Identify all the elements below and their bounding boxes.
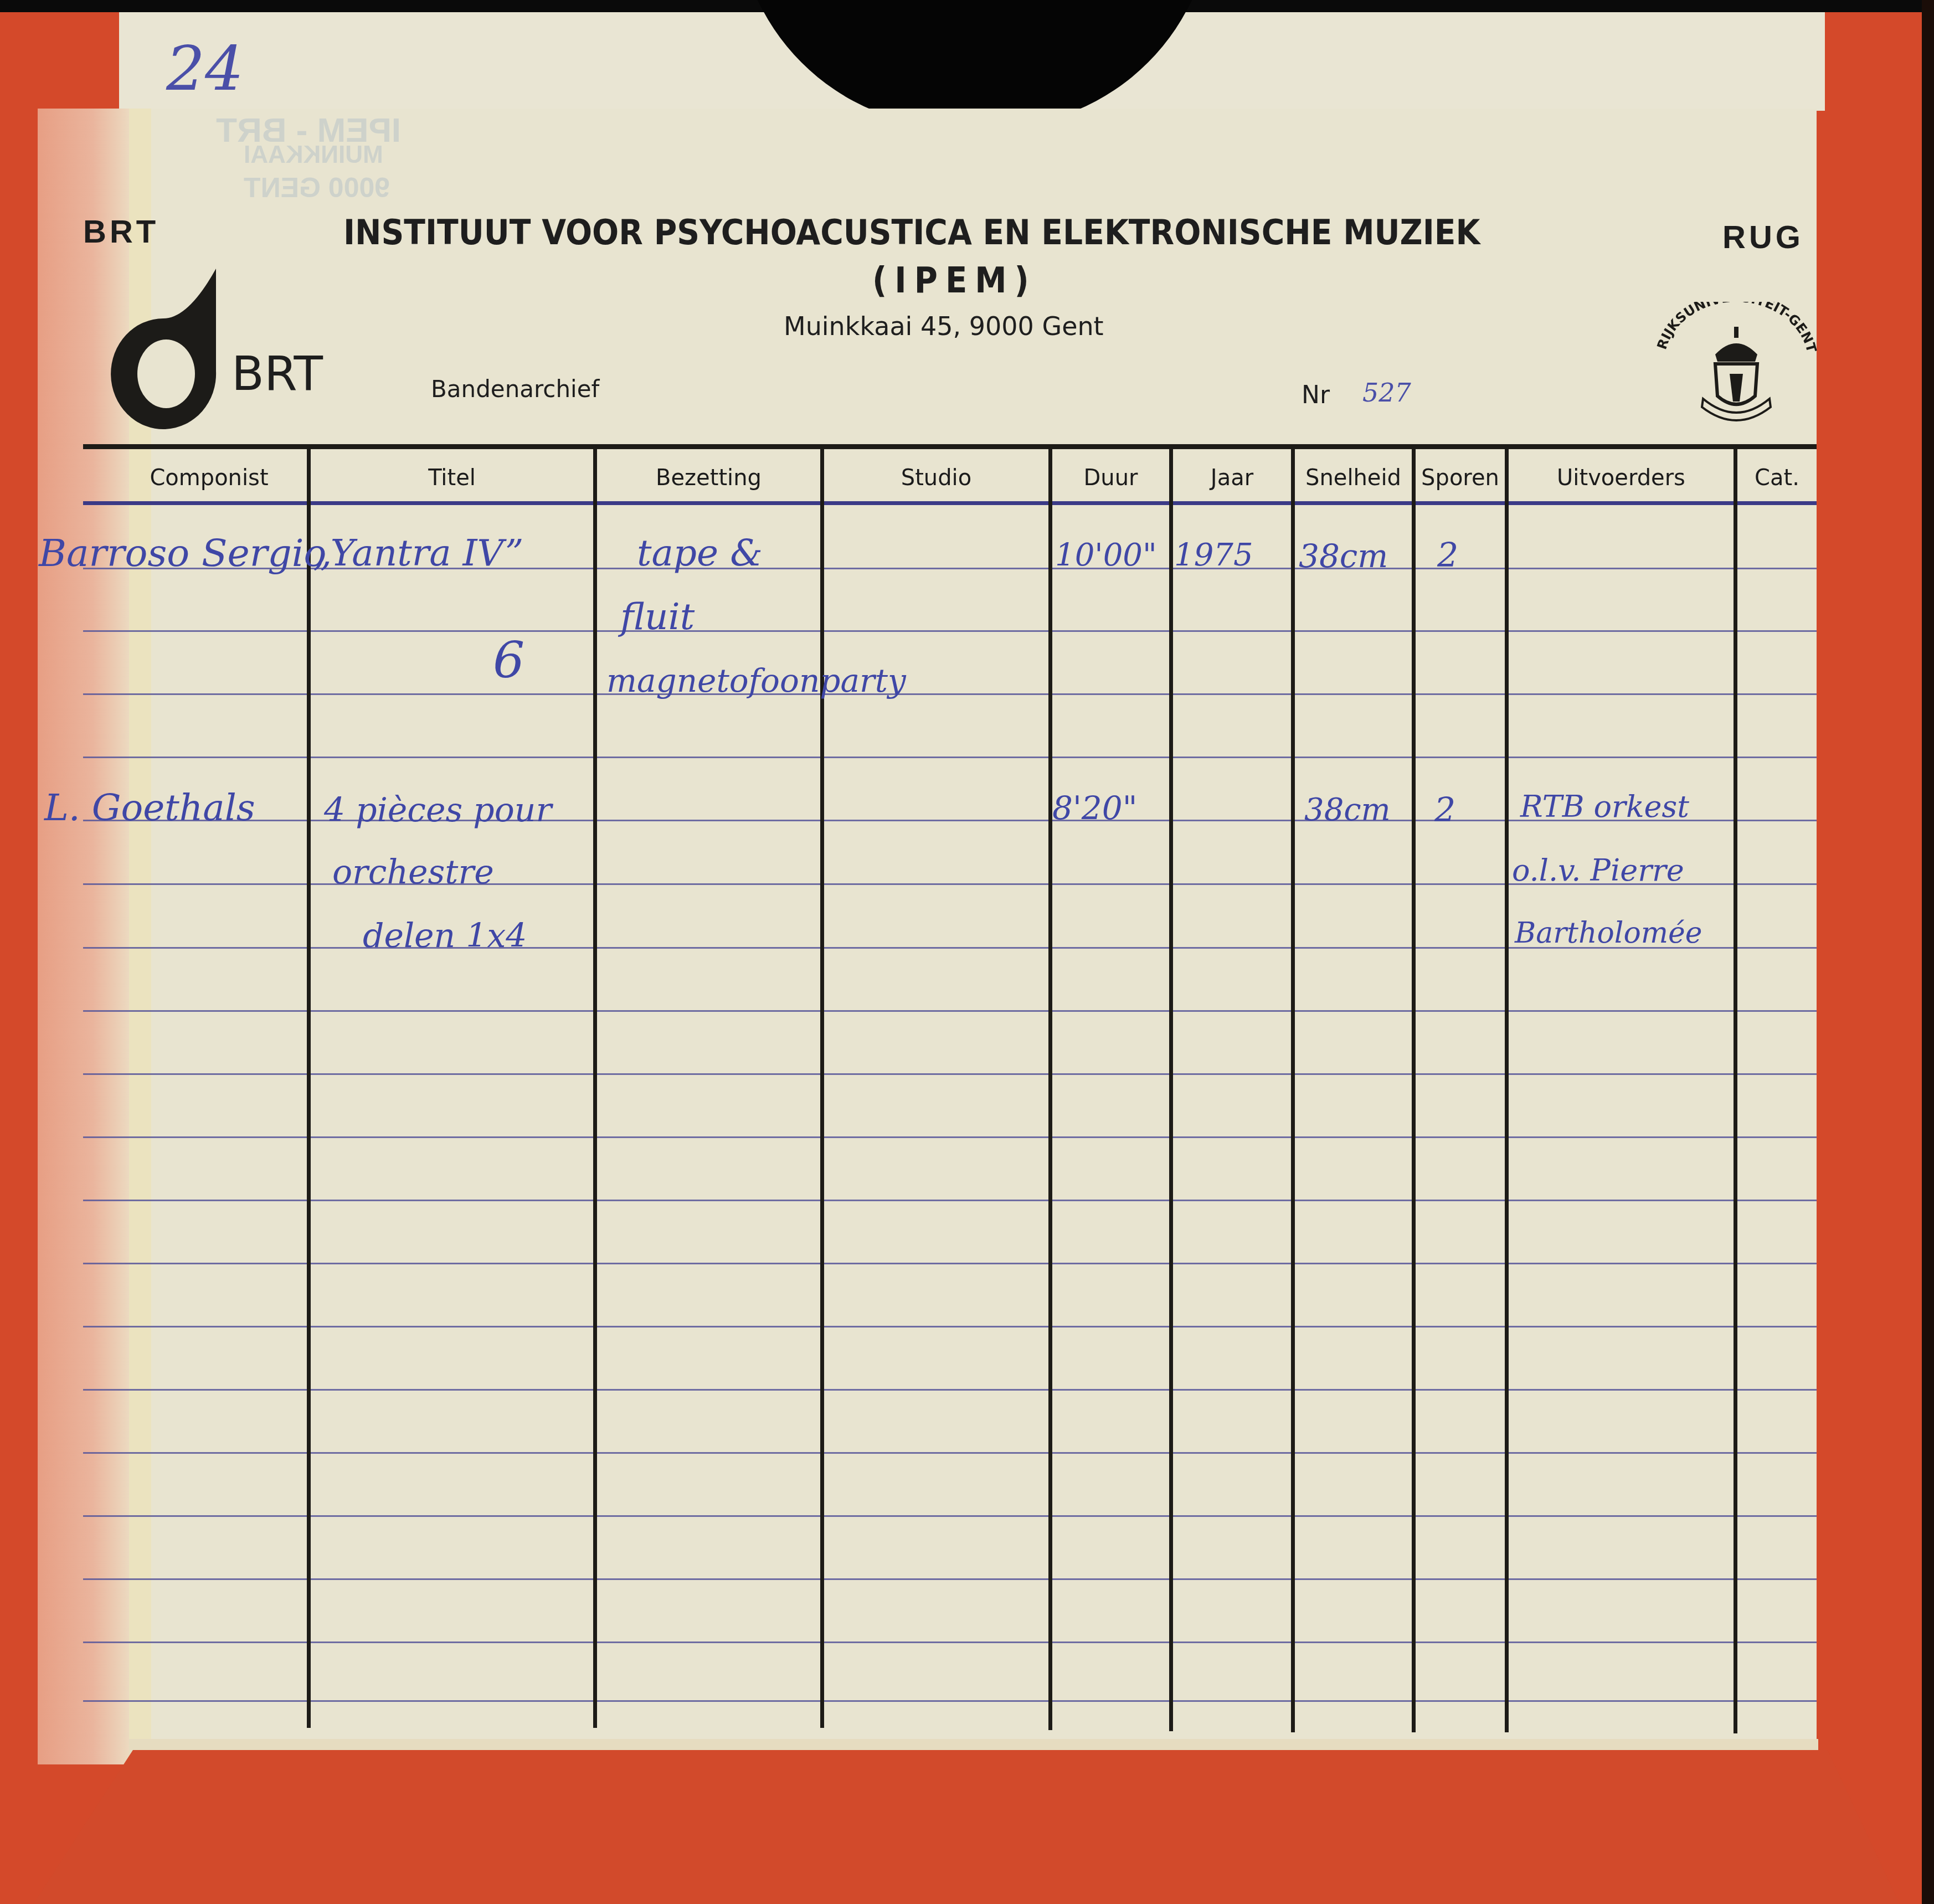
ruled-line [83,1073,1817,1075]
row2-titel-line1: 4 pièces pour [324,791,552,830]
row1-sporen: 2 [1437,536,1458,575]
column-header-duur: Duur [1052,465,1169,491]
ruled-line [83,693,1817,695]
row1-snelheid: 38cm [1299,537,1388,575]
column-divider [307,447,311,1728]
ruled-line [83,1326,1817,1327]
row1-bezetting-line3: magnetofoonparty [606,662,906,699]
ruled-line [83,630,1817,632]
ruled-line [83,1010,1817,1012]
row2-sporen: 2 [1434,791,1455,830]
column-divider [1734,447,1737,1733]
column-header-sporen: Sporen [1416,465,1505,491]
column-header-studio: Studio [824,465,1048,491]
ruled-line [83,1700,1817,1702]
ruled-line [83,1515,1817,1517]
row1-componist: Barroso Sergio [39,532,326,575]
column-header-componist: Componist [111,465,307,491]
row2-titel-line2: orchestre [332,853,494,892]
row1-titel-line2: 6 [493,631,524,689]
row1-bezetting-line2: fluit [620,595,695,638]
ruled-line [83,1578,1817,1580]
institute-title: INSTITUUT VOOR PSYCHOACUSTICA EN ELEKTRO… [343,212,1480,253]
column-divider [1048,447,1052,1730]
institute-acronym: (IPEM) [872,260,1037,301]
brt-code: BRT [83,213,159,250]
column-divider [1169,447,1173,1731]
column-divider [1291,447,1295,1732]
ghost-stamp-line-2: MUINKKAAI [244,141,383,169]
row2-componist: L. Goethals [44,786,255,829]
row2-uitvoerders-line2: o.l.v. Pierre [1512,853,1684,888]
scan-edge-right [1922,0,1934,1904]
nr-label: Nr [1302,381,1330,409]
row2-duur: 8'20" [1052,789,1137,827]
row2-snelheid: 38cm [1304,792,1391,828]
column-divider [1505,447,1509,1732]
table-header-bottom-rule [83,501,1817,505]
row1-duur: 10'00" [1055,537,1157,573]
nr-value: 527 [1362,378,1411,408]
sleeve-handwritten-number: 24 [166,33,244,104]
row1-titel-line1: „Yantra IV” [313,532,523,574]
ruled-line [83,1136,1817,1138]
column-header-snelheid: Snelheid [1295,465,1412,491]
ruled-line [83,1389,1817,1391]
ruled-line [83,1452,1817,1454]
table-top-rule [83,444,1817,449]
ruled-line [83,1200,1817,1201]
row2-titel-line3: delen 1x4 [363,917,527,955]
column-header-jaar: Jaar [1173,465,1291,491]
brt-logo-text: BRT [232,346,323,402]
row1-jaar: 1975 [1174,537,1253,573]
institute-address: Muinkkaai 45, 9000 Gent [784,311,1104,341]
sleeve-bottom-flap [0,1750,1934,1904]
column-header-bezetting: Bezetting [597,465,820,491]
ruled-line [83,757,1817,758]
column-divider [593,447,597,1728]
ruled-line [83,1263,1817,1264]
column-header-titel: Titel [311,465,593,491]
row2-uitvoerders-line1: RTB orkest [1520,789,1689,824]
column-header-uitvoerders: Uitvoerders [1509,465,1734,491]
column-header-cat: Cat. [1737,465,1817,491]
rug-code: RUG [1722,219,1804,256]
column-divider [820,447,824,1728]
brt-logo-icon [105,269,222,429]
column-divider [1412,447,1416,1732]
university-seal-icon: RIJKSUNIVERSITEIT-GENT [1653,302,1819,424]
ruled-line [83,1641,1817,1643]
row1-bezetting-line1: tape & [637,532,763,574]
row2-uitvoerders-line3: Bartholomée [1515,917,1702,950]
archive-label: Bandenarchief [431,375,599,403]
ghost-stamp-line-3: 9000 GENT [244,172,390,204]
